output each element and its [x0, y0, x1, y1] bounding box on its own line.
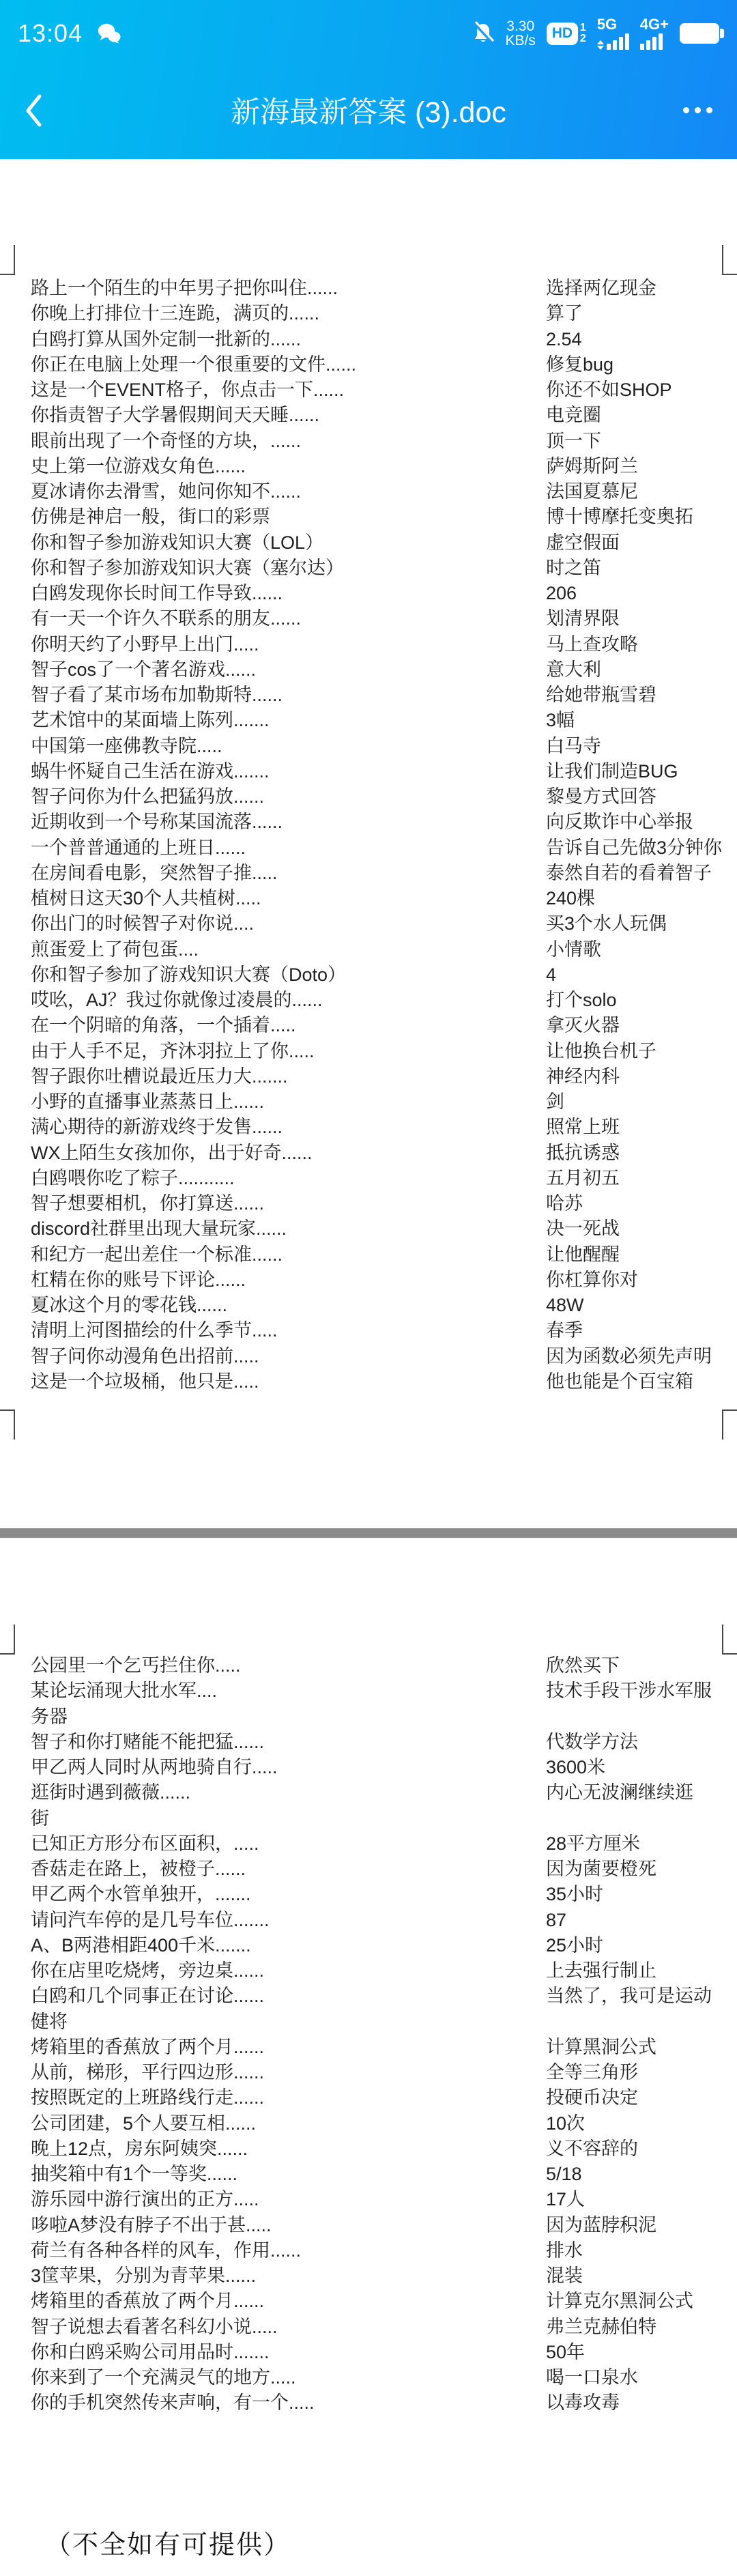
network-speed-value: 3.30 [506, 19, 534, 33]
qa-row: 仿佛是神启一般，街口的彩票 博十博摩托变奥拓 [0, 504, 737, 530]
question-text: 夏冰这个月的零花钱...... [31, 1293, 227, 1318]
question-text: 这是一个垃圾桶，他只是..... [31, 1369, 259, 1394]
qa-row: 夏冰请你去滑雪，她问你知不...... 法国夏慕尼 [0, 479, 737, 504]
qa-row: 晚上12点，房东阿姨突...... 义不容辞的 [0, 2136, 737, 2162]
app-header: 13:04 [0, 0, 737, 159]
question-text: 你明天约了小野早上出门..... [31, 632, 259, 657]
question-text: 智子说想去看著名科幻小说..... [31, 2315, 278, 2340]
page-corner-mark [722, 1409, 737, 1411]
question-text: 智子问你为什么把猛犸放...... [31, 784, 264, 810]
qa-row: 甲乙两人同时从两地骑自行..... 3600米 [0, 1755, 737, 1780]
data-arrows-icon [597, 40, 604, 50]
answer-text: 法国夏慕尼 [546, 479, 638, 504]
question-text: 你和智子参加游戏知识大赛（塞尔达） [31, 556, 344, 581]
question-text: 从前，梯形，平行四边形...... [31, 2060, 264, 2085]
question-text: A、B两港相距400千米....... [31, 1933, 251, 1958]
question-text: 小野的直播事业蒸蒸日上...... [31, 1089, 264, 1115]
answer-text: 投硬币决定 [546, 2085, 638, 2110]
question-text: 你和白鸥采购公司用品时....... [31, 2340, 270, 2365]
answer-text: 春季 [546, 1318, 583, 1343]
qa-row: 荷兰有各种各样的风车，作用...... 排水 [0, 2238, 737, 2263]
question-text: discord社群里出现大量玩家...... [31, 1216, 287, 1242]
question-text: 街 [31, 1806, 49, 1831]
wechat-icon [98, 23, 121, 44]
answer-text: 抵抗诱惑 [546, 1141, 620, 1166]
question-text: 香菇走在路上，被橙子...... [31, 1857, 246, 1882]
question-text: 你和智子参加游戏知识大赛（LOL） [31, 530, 323, 556]
qa-row: 智子跟你吐槽说最近压力大....... 神经内科 [0, 1064, 737, 1089]
answer-text: 向反欺诈中心举报 [546, 810, 693, 835]
answer-text: 2.54 [546, 327, 582, 352]
qa-row: 路上一个陌生的中年男子把你叫住...... 选择两亿现金 [0, 276, 737, 301]
answer-text: 时之笛 [546, 556, 601, 581]
question-text: 你和智子参加了游戏知识大赛（Doto） [31, 962, 346, 988]
question-text: 仿佛是神启一般，街口的彩票 [31, 504, 270, 530]
qa-row: 香菇走在路上，被橙子...... 因为菌要橙死 [0, 1857, 737, 1882]
answer-text: 5/18 [546, 2162, 582, 2187]
question-text: 杠精在你的账号下评论...... [31, 1268, 246, 1293]
answer-text: 剑 [546, 1089, 564, 1115]
qa-row: 植树日这天30个人共植树..... 240棵 [0, 886, 737, 911]
qa-row: 小野的直播事业蒸蒸日上...... 剑 [0, 1089, 737, 1115]
answer-text: 选择两亿现金 [546, 276, 656, 301]
question-text: 你来到了一个充满灵气的地方..... [31, 2365, 296, 2390]
answer-text: 当然了，我可是运动 [546, 1984, 712, 2009]
answer-text: 排水 [546, 2238, 583, 2263]
answer-text: 让他醒醒 [546, 1242, 620, 1268]
answer-text: 义不容辞的 [546, 2136, 638, 2162]
qa-row: 智子看了某市场布加勒斯特...... 给她带瓶雪碧 [0, 683, 737, 708]
question-text: 这是一个EVENT格子，你点击一下...... [31, 377, 344, 403]
answer-text: 博十博摩托变奥拓 [546, 504, 693, 530]
qa-row: 你正在电脑上处理一个很重要的文件...... 修复bug [0, 352, 737, 377]
page-corner-mark [722, 1625, 723, 1655]
answer-text: 他也能是个百宝箱 [546, 1369, 693, 1394]
page-corner-mark [14, 245, 15, 275]
question-text: 智子想要相机，你打算送...... [31, 1191, 264, 1216]
qa-row: 3筐苹果，分别为青苹果...... 混装 [0, 2263, 737, 2289]
question-text: 满心期待的新游戏终于发售...... [31, 1115, 283, 1140]
answer-text: 17人 [546, 2187, 585, 2212]
answer-text: 让他换台机子 [546, 1039, 656, 1064]
answer-text: 给她带瓶雪碧 [546, 683, 656, 708]
sim2-label: 2 [580, 33, 586, 44]
qa-row: 抽奖箱中有1个一等奖...... 5/18 [0, 2162, 737, 2187]
qa-row: 逛街时遇到薇薇...... 内心无波澜继续逛 [0, 1780, 737, 1805]
qa-row: 眼前出现了一个奇怪的方块，...... 顶一下 [0, 429, 737, 454]
volte-hd-icon: HD 1 2 [547, 23, 586, 45]
answer-text: 10次 [546, 2111, 585, 2136]
answer-text: 欣然买下 [546, 1653, 620, 1678]
qa-row: 这是一个EVENT格子，你点击一下...... 你还不如SHOP [0, 377, 737, 403]
answer-text: 混装 [546, 2263, 583, 2289]
hd-badge: HD [547, 23, 578, 45]
mute-bell-icon [472, 21, 495, 46]
question-text: 蜗牛怀疑自己生活在游戏....... [31, 759, 270, 784]
ellipsis-icon [683, 107, 689, 113]
question-text: 路上一个陌生的中年男子把你叫住...... [31, 276, 338, 301]
question-text: 抽奖箱中有1个一等奖...... [31, 2162, 237, 2187]
question-text: 荷兰有各种各样的风车，作用...... [31, 2238, 301, 2263]
answer-text: 代数学方法 [546, 1730, 638, 1755]
qa-row: 智子想要相机，你打算送...... 哈苏 [0, 1191, 737, 1216]
question-text: 中国第一座佛教寺院..... [31, 734, 222, 759]
battery-icon [680, 23, 719, 44]
qa-row: WX上陌生女孩加你，出于好奇...... 抵抗诱惑 [0, 1141, 737, 1166]
page-corner-mark [0, 1409, 15, 1411]
answer-text: 马上查攻略 [546, 632, 638, 657]
question-text: 你指责智子大学暑假期间天天睡...... [31, 403, 319, 428]
answer-text: 你还不如SHOP [546, 377, 672, 403]
question-text: 在一个阴暗的角落，一个插着..... [31, 1013, 296, 1038]
qa-row: 智子问你为什么把猛犸放...... 黎曼方式回答 [0, 784, 737, 810]
clock: 13:04 [18, 19, 83, 48]
qa-row: 你晚上打排位十三连跪，满页的...... 算了 [0, 301, 737, 326]
answer-text: 因为函数必须先声明 [546, 1344, 712, 1369]
qa-row: 按照既定的上班路线行走...... 投硬币决定 [0, 2085, 737, 2110]
answer-text: 上去强行制止 [546, 1958, 656, 1984]
qa-row: 公司团建，5个人要互相...... 10次 [0, 2111, 737, 2136]
qa-row: 夏冰这个月的零花钱...... 48W [0, 1293, 737, 1318]
question-text: 清明上河图描绘的什么季节..... [31, 1318, 278, 1343]
answer-text: 计算克尔黑洞公式 [546, 2289, 693, 2314]
answer-text: 内心无波澜继续逛 [546, 1780, 693, 1805]
answer-text: 技术手段干涉水军服 [546, 1678, 712, 1704]
qa-row: discord社群里出现大量玩家...... 决一死战 [0, 1216, 737, 1242]
answer-text: 划清界限 [546, 606, 620, 631]
page-divider [0, 1528, 737, 1538]
answer-text: 哈苏 [546, 1191, 583, 1216]
question-text: 智子和你打赌能不能把猛...... [31, 1730, 264, 1755]
qa-row: 某论坛涌现大批水军.... 技术手段干涉水军服 [0, 1678, 737, 1704]
network-speed: 3.30 KB/s [506, 19, 536, 48]
page-corner-mark [14, 1625, 15, 1655]
signal-5g-icon: 5G [597, 17, 629, 50]
qa-row: 白鸥和几个同事正在讨论...... 当然了，我可是运动 [0, 1984, 737, 2009]
answer-text: 意大利 [546, 657, 601, 683]
qa-row: 你来到了一个充满灵气的地方..... 喝一口泉水 [0, 2365, 737, 2390]
question-text: 煎蛋爱上了荷包蛋.... [31, 937, 199, 962]
qa-row: 这是一个垃圾桶，他只是..... 他也能是个百宝箱 [0, 1369, 737, 1394]
qa-row: 由于人手不足，齐沐羽拉上了你..... 让他换台机子 [0, 1039, 737, 1064]
document-title: 新海最新答案 (3).doc [231, 89, 506, 131]
net1-label: 5G [597, 17, 617, 32]
qa-row: 近期收到一个号称某国流落...... 向反欺诈中心举报 [0, 810, 737, 835]
answer-text: 萨姆斯阿兰 [546, 454, 638, 479]
qa-row: 游乐园中游行演出的正方..... 17人 [0, 2187, 737, 2212]
question-text: 植树日这天30个人共植树..... [31, 886, 261, 911]
answer-text: 35小时 [546, 1882, 603, 1907]
page-corner-mark [14, 1409, 15, 1440]
answer-text: 告诉自己先做3分钟你 [546, 835, 722, 861]
question-text: 烤箱里的香蕉放了两个月...... [31, 2035, 264, 2060]
question-text: 健将 [31, 2009, 68, 2035]
page-corner-mark [722, 274, 737, 275]
qa-row: 蜗牛怀疑自己生活在游戏....... 让我们制造BUG [0, 759, 737, 784]
question-text: 你的手机突然传来声响，有一个..... [31, 2390, 315, 2416]
answer-text: 黎曼方式回答 [546, 784, 656, 810]
qa-row: 一个普普通通的上班日...... 告诉自己先做3分钟你 [0, 835, 737, 861]
sim1-label: 1 [580, 23, 586, 33]
answer-text: 喝一口泉水 [546, 2365, 638, 2390]
qa-row: 哆啦A梦没有脖子不出于甚..... 因为蓝脖积泥 [0, 2213, 737, 2238]
question-text: 艺术馆中的某面墙上陈列....... [31, 708, 270, 733]
question-text: 由于人手不足，齐沐羽拉上了你..... [31, 1039, 315, 1064]
qa-row: 你明天约了小野早上出门..... 马上查攻略 [0, 632, 737, 657]
qa-row: 烤箱里的香蕉放了两个月...... 计算黑洞公式 [0, 2035, 737, 2060]
question-text: WX上陌生女孩加你，出于好奇...... [31, 1141, 313, 1166]
qa-row: 煎蛋爱上了荷包蛋.... 小情歌 [0, 937, 737, 962]
question-text: 白鸥喂你吃了粽子........... [31, 1166, 235, 1191]
qa-row: 请问汽车停的是几号车位....... 87 [0, 1908, 737, 1933]
answer-text: 决一死战 [546, 1216, 620, 1242]
answer-text: 小情歌 [546, 937, 601, 962]
qa-row: 你和智子参加游戏知识大赛（塞尔达） 时之笛 [0, 556, 737, 581]
answer-text: 泰然自若的看着智子 [546, 861, 712, 886]
page1-rows: 路上一个陌生的中年男子把你叫住...... 选择两亿现金 你晚上打排位十三连跪，… [0, 276, 737, 1394]
question-text: 你在店里吃烧烤，旁边桌...... [31, 1958, 264, 1984]
page-corner-mark [0, 274, 15, 275]
question-text: 白鸥和几个同事正在讨论...... [31, 1984, 264, 2009]
question-text: 白鸥打算从国外定制一批新的...... [31, 327, 301, 352]
page-corner-mark [722, 1409, 723, 1440]
question-text: 务器 [31, 1704, 68, 1730]
question-text: 请问汽车停的是几号车位....... [31, 1908, 270, 1933]
answer-text: 全等三角形 [546, 2060, 638, 2085]
answer-text: 虚空假面 [546, 530, 620, 556]
qa-row: 有一天一个许久不联系的朋友...... 划清界限 [0, 606, 737, 631]
qa-row: 公园里一个乞丐拦住你..... 欣然买下 [0, 1653, 737, 1678]
question-text: 按照既定的上班路线行走...... [31, 2085, 264, 2110]
status-bar: 13:04 [0, 0, 737, 61]
qa-row: 和纪方一起出差住一个标准...... 让他醒醒 [0, 1242, 737, 1268]
qa-row: 杠精在你的账号下评论...... 你杠算你对 [0, 1268, 737, 1293]
question-text: 甲乙两人同时从两地骑自行..... [31, 1755, 278, 1780]
question-text: 史上第一位游戏女角色...... [31, 454, 246, 479]
title-bar: 新海最新答案 (3).doc [0, 61, 737, 159]
answer-text: 你杠算你对 [546, 1268, 638, 1293]
answer-text: 因为菌要橙死 [546, 1857, 656, 1882]
question-text: 哎吆，AJ？我过你就像过凌晨的...... [31, 988, 323, 1013]
qa-row: 已知正方形分布区面积，..... 28平方厘米 [0, 1831, 737, 1857]
question-text: 公司团建，5个人要互相...... [31, 2111, 256, 2136]
qa-row: 务器 [0, 1704, 737, 1730]
answer-text: 因为蓝脖积泥 [546, 2213, 656, 2238]
answer-text: 修复bug [546, 352, 613, 377]
more-menu-button[interactable] [682, 100, 714, 120]
answer-text: 让我们制造BUG [546, 759, 678, 784]
qa-row: 满心期待的新游戏终于发售...... 照常上班 [0, 1115, 737, 1140]
question-text: 夏冰请你去滑雪，她问你知不...... [31, 479, 301, 504]
status-icons: 3.30 KB/s HD 1 2 5G [472, 17, 719, 50]
qa-row: 史上第一位游戏女角色...... 萨姆斯阿兰 [0, 454, 737, 479]
answer-text: 3幅 [546, 708, 575, 733]
question-text: 晚上12点，房东阿姨突...... [31, 2136, 248, 2162]
back-button[interactable] [23, 91, 55, 130]
answer-text: 电竞圈 [546, 403, 601, 428]
question-text: 逛街时遇到薇薇...... [31, 1780, 190, 1805]
question-text: 已知正方形分布区面积，..... [31, 1831, 259, 1857]
question-text: 智子cos了一个著名游戏...... [31, 657, 256, 683]
question-text: 你出门的时候智子对你说.... [31, 911, 254, 936]
qa-row: 白鸥打算从国外定制一批新的...... 2.54 [0, 327, 737, 352]
qa-row: 你在店里吃烧烤，旁边桌...... 上去强行制止 [0, 1958, 737, 1984]
question-text: 你正在电脑上处理一个很重要的文件...... [31, 352, 356, 377]
chevron-left-icon [23, 93, 46, 128]
answer-text: 买3个水人玩偶 [546, 911, 667, 936]
question-text: 甲乙两个水管单独开，....... [31, 1882, 251, 1907]
footer-note: （不全如有可提供） [45, 2523, 291, 2561]
screen: 13:04 [0, 0, 737, 2576]
question-text: 白鸥发现你长时间工作导致...... [31, 581, 283, 606]
qa-row: 从前，梯形，平行四边形...... 全等三角形 [0, 2060, 737, 2085]
answer-text: 拿灭火器 [546, 1013, 620, 1038]
qa-row: 街 [0, 1806, 737, 1831]
qa-row: 你出门的时候智子对你说.... 买3个水人玩偶 [0, 911, 737, 936]
qa-row: 在房间看电影，突然智子推..... 泰然自若的看着智子 [0, 861, 737, 886]
signal-4g-icon: 4G+ [640, 17, 669, 50]
qa-row: 你指责智子大学暑假期间天天睡...... 电竞圈 [0, 403, 737, 428]
answer-text: 顶一下 [546, 429, 601, 454]
qa-row: 智子cos了一个著名游戏...... 意大利 [0, 657, 737, 683]
question-text: 一个普普通通的上班日...... [31, 835, 246, 861]
qa-row: 白鸥发现你长时间工作导致...... 206 [0, 581, 737, 606]
answer-text: 打个solo [546, 988, 617, 1013]
qa-row: 艺术馆中的某面墙上陈列....... 3幅 [0, 708, 737, 733]
question-text: 智子问你动漫角色出招前..... [31, 1344, 259, 1369]
answer-text: 25小时 [546, 1933, 603, 1958]
answer-text: 206 [546, 581, 577, 606]
qa-row: A、B两港相距400千米....... 25小时 [0, 1933, 737, 1958]
question-text: 近期收到一个号称某国流落...... [31, 810, 283, 835]
qa-row: 你和智子参加游戏知识大赛（LOL） 虚空假面 [0, 530, 737, 556]
qa-row: 清明上河图描绘的什么季节..... 春季 [0, 1318, 737, 1343]
question-text: 和纪方一起出差住一个标准...... [31, 1242, 283, 1268]
qa-row: 甲乙两个水管单独开，....... 35小时 [0, 1882, 737, 1907]
question-text: 智子看了某市场布加勒斯特...... [31, 683, 283, 708]
question-text: 哆啦A梦没有脖子不出于甚..... [31, 2213, 272, 2238]
question-text: 在房间看电影，突然智子推..... [31, 861, 278, 886]
question-text: 3筐苹果，分别为青苹果...... [31, 2263, 256, 2289]
answer-text: 白马寺 [546, 734, 601, 759]
answer-text: 28平方厘米 [546, 1831, 640, 1857]
answer-text: 计算黑洞公式 [546, 2035, 656, 2060]
qa-row: 你的手机突然传来声响，有一个..... 以毒攻毒 [0, 2390, 737, 2416]
question-text: 烤箱里的香蕉放了两个月...... [31, 2289, 264, 2314]
qa-row: 健将 [0, 2009, 737, 2035]
network-speed-unit: KB/s [506, 33, 536, 48]
qa-row: 智子和你打赌能不能把猛...... 代数学方法 [0, 1730, 737, 1755]
answer-text: 算了 [546, 301, 583, 326]
answer-text: 4 [546, 962, 556, 988]
question-text: 某论坛涌现大批水军.... [31, 1678, 217, 1704]
qa-row: 你和白鸥采购公司用品时....... 50年 [0, 2340, 737, 2365]
qa-row: 中国第一座佛教寺院..... 白马寺 [0, 734, 737, 759]
page-corner-mark [722, 245, 723, 275]
answer-text: 50年 [546, 2340, 585, 2365]
answer-text: 3600米 [546, 1755, 605, 1780]
qa-row: 烤箱里的香蕉放了两个月...... 计算克尔黑洞公式 [0, 2289, 737, 2314]
question-text: 有一天一个许久不联系的朋友...... [31, 606, 301, 631]
answer-text: 以毒攻毒 [546, 2390, 620, 2416]
net2-label: 4G+ [640, 17, 669, 32]
answer-text: 240棵 [546, 886, 595, 911]
qa-row: 白鸥喂你吃了粽子........... 五月初五 [0, 1166, 737, 1191]
question-text: 你晚上打排位十三连跪，满页的...... [31, 301, 319, 326]
page2-rows: 公园里一个乞丐拦住你..... 欣然买下 某论坛涌现大批水军.... 技术手段干… [0, 1653, 737, 2416]
qa-row: 智子问你动漫角色出招前..... 因为函数必须先声明 [0, 1344, 737, 1369]
answer-text: 87 [546, 1908, 566, 1933]
question-text: 眼前出现了一个奇怪的方块，...... [31, 429, 301, 454]
answer-text: 五月初五 [546, 1166, 620, 1191]
question-text: 游乐园中游行演出的正方..... [31, 2187, 259, 2212]
question-text: 智子跟你吐槽说最近压力大....... [31, 1064, 288, 1089]
qa-row: 智子说想去看著名科幻小说..... 弗兰克赫伯特 [0, 2315, 737, 2340]
answer-text: 48W [546, 1293, 584, 1318]
qa-row: 哎吆，AJ？我过你就像过凌晨的...... 打个solo [0, 988, 737, 1013]
qa-row: 在一个阴暗的角落，一个插着..... 拿灭火器 [0, 1013, 737, 1038]
answer-text: 照常上班 [546, 1115, 620, 1140]
answer-text: 神经内科 [546, 1064, 620, 1089]
answer-text: 弗兰克赫伯特 [546, 2315, 656, 2340]
qa-row: 你和智子参加了游戏知识大赛（Doto） 4 [0, 962, 737, 988]
question-text: 公园里一个乞丐拦住你..... [31, 1653, 241, 1678]
